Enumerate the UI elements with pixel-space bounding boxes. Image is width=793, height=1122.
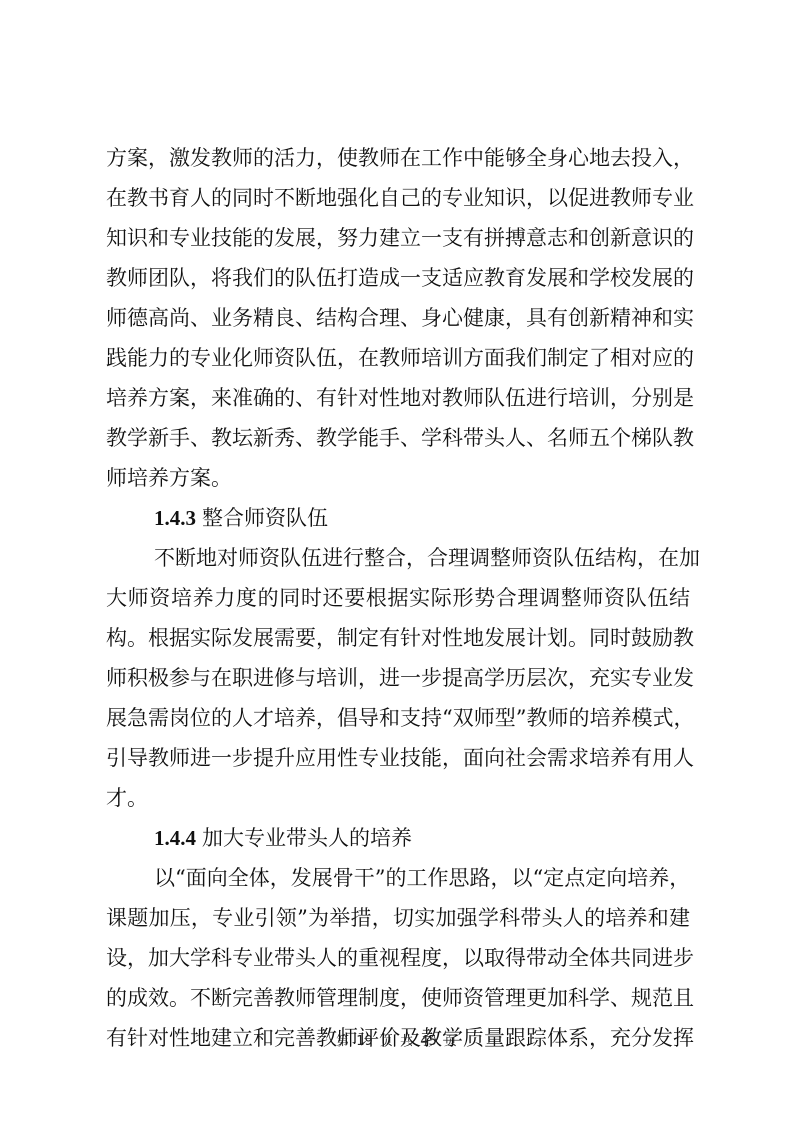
paragraph: 以“面向全体，发展骨干”的工作思路，以“定点定向培养， 课题加压，专业引领”为举… xyxy=(106,858,690,1058)
text-line: 教学新手、教坛新秀、教学能手、学科带头人、名师五个梯队教 xyxy=(106,418,690,458)
text-line: 践能力的专业化师资队伍，在教师培训方面我们制定了相对应的 xyxy=(106,338,690,378)
text-line: 构。根据实际发展需要，制定有针对性地发展计划。同时鼓励教 xyxy=(106,618,690,658)
text-line: 设，加大学科专业带头人的重视程度，以取得带动全体共同进步 xyxy=(106,938,690,978)
paragraph-continued: 方案，激发教师的活力，使教师在工作中能够全身心地去投入， 在教书育人的同时不断地… xyxy=(106,138,690,498)
text-line: 师积极参与在职进修与培训，进一步提高学历层次，充实专业发 xyxy=(106,658,690,698)
text-line: 大师资培养力度的同时还要根据实际形势合理调整师资队伍结 xyxy=(106,578,690,618)
text-line: 不断地对师资队伍进行整合，合理调整师资队伍结构，在加 xyxy=(106,538,690,578)
section-heading-1-4-3: 1.4.3整合师资队伍 xyxy=(106,498,690,538)
text-line: 展急需岗位的人才培养，倡导和支持“双师型”教师的培养模式， xyxy=(106,698,690,738)
text-line: 引导教师进一步提升应用性专业技能，面向社会需求培养有用人 xyxy=(106,738,690,778)
text-line: 知识和专业技能的发展，努力建立一支有拼搏意志和创新意识的 xyxy=(106,218,690,258)
text-line: 师德高尚、业务精良、结构合理、身心健康，具有创新精神和实 xyxy=(106,298,690,338)
text-line: 课题加压，专业引领”为举措，切实加强学科带头人的培养和建 xyxy=(106,898,690,938)
text-line: 教师团队，将我们的队伍打造成一支适应教育发展和学校发展的 xyxy=(106,258,690,298)
section-title: 整合师资队伍 xyxy=(202,506,328,530)
text-line: 培养方案，来准确的、有针对性地对教师队伍进行培训，分别是 xyxy=(106,378,690,418)
text-line: 在教书育人的同时不断地强化自己的专业知识，以促进教师专业 xyxy=(106,178,690,218)
section-number: 1.4.3 xyxy=(154,506,196,530)
text-line: 才。 xyxy=(106,778,690,818)
text-line: 的成效。不断完善教师管理制度，使师资管理更加科学、规范且 xyxy=(106,978,690,1018)
text-line: 师培养方案。 xyxy=(106,458,690,498)
document-page: 方案，激发教师的活力，使教师在工作中能够全身心地去投入， 在教书育人的同时不断地… xyxy=(106,138,690,1058)
section-title: 加大专业带头人的培养 xyxy=(202,826,412,850)
text-line: 以“面向全体，发展骨干”的工作思路，以“定点定向培养， xyxy=(106,858,690,898)
section-heading-1-4-4: 1.4.4加大专业带头人的培养 xyxy=(106,818,690,858)
section-number: 1.4.4 xyxy=(154,826,196,850)
page-number-footer: 第 19 页 共 45 页 xyxy=(0,1030,793,1049)
text-line: 方案，激发教师的活力，使教师在工作中能够全身心地去投入， xyxy=(106,138,690,178)
paragraph: 不断地对师资队伍进行整合，合理调整师资队伍结构，在加 大师资培养力度的同时还要根… xyxy=(106,538,690,818)
